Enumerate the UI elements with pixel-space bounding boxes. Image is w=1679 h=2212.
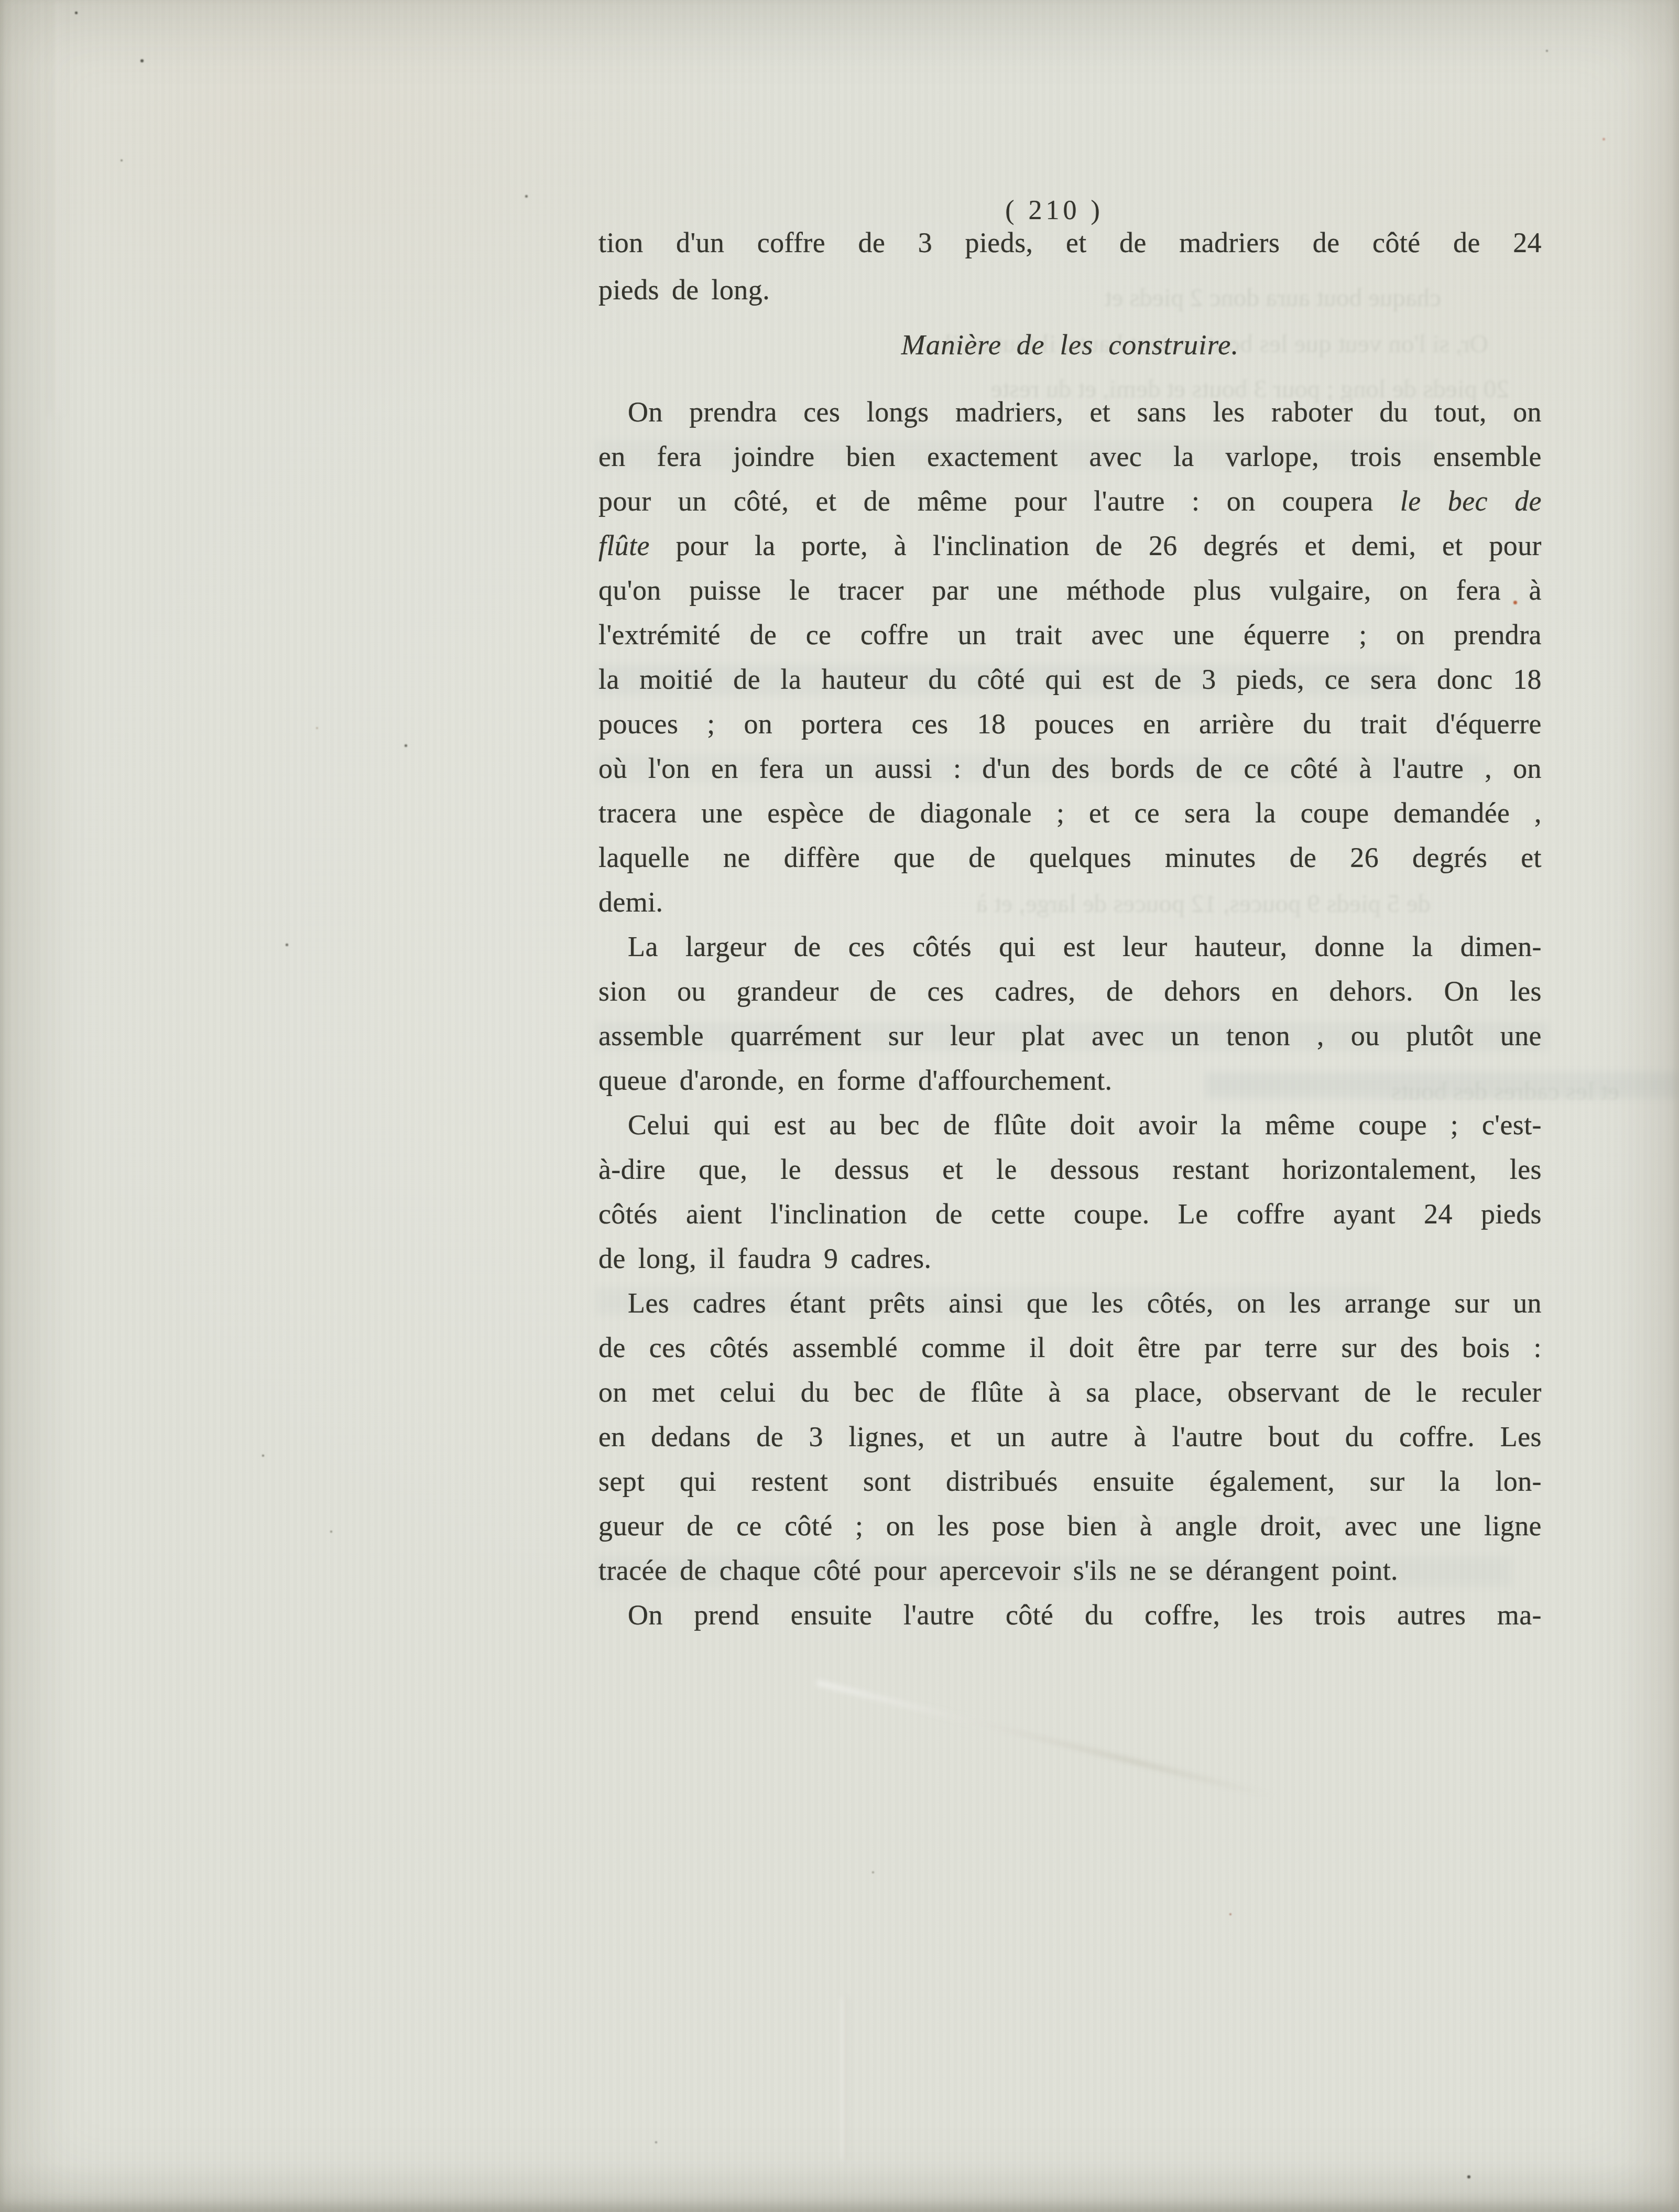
paper-speck xyxy=(525,195,528,198)
text-segment: à-dire que, le dessus et le dessous rest… xyxy=(598,1154,1542,1185)
section-heading: Manière de les construire. xyxy=(598,328,1542,361)
paper-speck xyxy=(262,1455,264,1457)
paper-speck xyxy=(286,944,288,946)
text-line: qu'on puisse le tracer par une méthode p… xyxy=(598,568,1542,613)
scanned-book-page: chaque bout aura donc 2 pieds etOr, si l… xyxy=(0,0,1679,2212)
widow-paragraph: tion d'un coffre de 3 pieds, et de madri… xyxy=(598,219,1542,313)
text-segment: La largeur de ces côtés qui est leur hau… xyxy=(628,931,1542,962)
paper-speck xyxy=(1546,50,1548,52)
paper-speck xyxy=(1229,1913,1231,1915)
text-line: la moitié de la hauteur du côté qui est … xyxy=(598,657,1542,702)
body-text: On prendra ces longs madriers, et sans l… xyxy=(598,390,1542,1638)
text-line: Celui qui est au bec de flûte doit avoir… xyxy=(598,1103,1542,1147)
text-line: côtés aient l'inclination de cette coupe… xyxy=(598,1192,1542,1237)
paper-speck xyxy=(316,727,318,729)
paper-speck xyxy=(655,2141,657,2143)
text-segment: sion ou grandeur de ces cadres, de dehor… xyxy=(598,975,1542,1007)
text-segment: côtés aient l'inclination de cette coupe… xyxy=(598,1198,1542,1230)
text-segment: pieds de long. xyxy=(598,274,770,306)
text-segment: pour la porte, à l'inclination de 26 deg… xyxy=(650,530,1542,561)
italic-text-segment: flûte xyxy=(598,530,650,561)
text-line: sion ou grandeur de ces cadres, de dehor… xyxy=(598,969,1542,1014)
text-segment: on met celui du bec de flûte à sa place,… xyxy=(598,1376,1542,1408)
text-line: en fera joindre bien exactement avec la … xyxy=(598,435,1542,479)
text-segment: pouces ; on portera ces 18 pouces en arr… xyxy=(598,708,1542,740)
text-segment: queue d'aronde, en forme d'affourchement… xyxy=(598,1065,1112,1096)
text-line: demi. xyxy=(598,880,1542,925)
paper-crease-top-left xyxy=(50,0,64,414)
text-line: à-dire que, le dessus et le dessous rest… xyxy=(598,1147,1542,1192)
text-segment: tion d'un coffre de 3 pieds, et de madri… xyxy=(598,227,1542,258)
text-segment: demi. xyxy=(598,886,663,918)
text-segment: tracera une espèce de diagonale ; et ce … xyxy=(598,797,1542,829)
text-line: de ces côtés assemblé comme il doit être… xyxy=(598,1326,1542,1370)
text-segment: Celui qui est au bec de flûte doit avoir… xyxy=(628,1109,1542,1141)
text-segment: On prendra ces longs madriers, et sans l… xyxy=(628,396,1542,428)
text-line: flûte pour la porte, à l'inclination de … xyxy=(598,524,1542,568)
text-segment: en fera joindre bien exactement avec la … xyxy=(598,441,1542,472)
text-segment: gueur de ce côté ; on les pose bien à an… xyxy=(598,1510,1542,1542)
text-line: laquelle ne diffère que de quelques minu… xyxy=(598,836,1542,880)
text-segment: de ces côtés assemblé comme il doit être… xyxy=(598,1332,1542,1363)
text-segment: en dedans de 3 lignes, et un autre à l'a… xyxy=(598,1421,1542,1452)
paper-speck xyxy=(140,59,144,62)
paper-speck xyxy=(330,1531,332,1533)
text-segment: de long, il faudra 9 cadres. xyxy=(598,1243,931,1274)
text-line: l'extrémité de ce coffre un trait avec u… xyxy=(598,613,1542,657)
text-line: pour un côté, et de même pour l'autre : … xyxy=(598,479,1542,524)
text-line: tracera une espèce de diagonale ; et ce … xyxy=(598,791,1542,836)
text-line: assemble quarrément sur leur plat avec u… xyxy=(598,1014,1542,1058)
paper-crease-bottom xyxy=(816,1680,1275,1799)
paper-speck xyxy=(121,159,123,161)
paper-speck xyxy=(872,1871,874,1873)
text-line: pouces ; on portera ces 18 pouces en arr… xyxy=(598,702,1542,746)
text-line: où l'on en fera un aussi : d'un des bord… xyxy=(598,746,1542,791)
text-line: pieds de long. xyxy=(598,266,1542,313)
paper-speck xyxy=(75,12,78,14)
text-line: On prend ensuite l'autre côté du coffre,… xyxy=(598,1593,1542,1638)
text-segment: la moitié de la hauteur du côté qui est … xyxy=(598,664,1542,695)
text-line: La largeur de ces côtés qui est leur hau… xyxy=(598,925,1542,969)
text-line: en dedans de 3 lignes, et un autre à l'a… xyxy=(598,1415,1542,1459)
text-segment: Les cadres étant prêts ainsi que les côt… xyxy=(628,1287,1542,1319)
text-segment: On prend ensuite l'autre côté du coffre,… xyxy=(628,1599,1542,1631)
text-segment: sept qui restent sont distribués ensuite… xyxy=(598,1466,1542,1497)
text-segment: où l'on en fera un aussi : d'un des bord… xyxy=(598,753,1542,784)
text-line: gueur de ce côté ; on les pose bien à an… xyxy=(598,1504,1542,1548)
text-segment: l'extrémité de ce coffre un trait avec u… xyxy=(598,619,1542,650)
text-line: tracée de chaque côté pour apercevoir s'… xyxy=(598,1548,1542,1593)
paper-speck xyxy=(1602,138,1605,140)
italic-text-segment: le bec de xyxy=(1400,485,1542,517)
text-line: Les cadres étant prêts ainsi que les côt… xyxy=(598,1281,1542,1326)
text-line: sept qui restent sont distribués ensuite… xyxy=(598,1459,1542,1504)
text-line: tion d'un coffre de 3 pieds, et de madri… xyxy=(598,219,1542,266)
text-segment: pour un côté, et de même pour l'autre : … xyxy=(598,485,1400,517)
text-segment: assemble quarrément sur leur plat avec u… xyxy=(598,1020,1542,1051)
text-segment: tracée de chaque côté pour apercevoir s'… xyxy=(598,1555,1398,1586)
text-segment: qu'on puisse le tracer par une méthode p… xyxy=(598,574,1542,606)
text-line: de long, il faudra 9 cadres. xyxy=(598,1237,1542,1281)
text-segment: laquelle ne diffère que de quelques minu… xyxy=(598,842,1542,873)
text-line: on met celui du bec de flûte à sa place,… xyxy=(598,1370,1542,1415)
paper-speck xyxy=(405,744,407,747)
paper-crease-bottom-vertical xyxy=(841,1997,848,2160)
text-line: On prendra ces longs madriers, et sans l… xyxy=(598,390,1542,435)
paper-speck xyxy=(1467,2175,1470,2178)
text-line: queue d'aronde, en forme d'affourchement… xyxy=(598,1058,1542,1103)
